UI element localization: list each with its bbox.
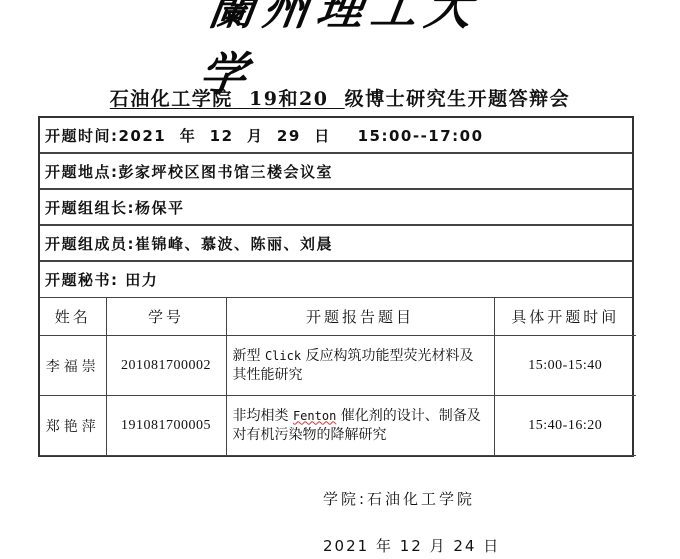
page-title: 石油化工学院 19和20 级博士研究生开题答辩会 bbox=[60, 84, 620, 111]
location-label: 开题地点: bbox=[45, 161, 119, 182]
topic-text: 非均相类 bbox=[233, 408, 293, 424]
footer-college: 学院:石油化工学院 bbox=[323, 488, 475, 509]
info-row-leader: 开题组组长:杨保平 bbox=[40, 190, 632, 226]
university-logo: 蘭州理工大学 bbox=[201, 8, 479, 68]
report-topic: 新型 Click 反应构筑功能型荧光材料及其性能研究 bbox=[226, 336, 494, 396]
col-header-topic: 开题报告题目 bbox=[226, 298, 494, 336]
student-name: 李福崇 bbox=[40, 336, 106, 396]
col-header-time-slot: 具体开题时间 bbox=[494, 298, 636, 336]
title-grade-blank: 19和20 bbox=[233, 84, 345, 111]
time-value: 2021 年 12 月 29 日 15:00--17:00 bbox=[119, 125, 484, 146]
title-suffix: 级博士研究生开题答辩会 bbox=[345, 88, 571, 110]
topic-text: 新型 bbox=[233, 348, 265, 364]
info-row-time: 开题时间:2021 年 12 月 29 日 15:00--17:00 bbox=[40, 118, 632, 154]
table-row: 郑艳萍 191081700005 非均相类 Fenton 催化剂的设计、制备及对… bbox=[40, 396, 636, 456]
col-header-name: 姓名 bbox=[40, 298, 106, 336]
footer-date: 2021 年 12 月 24 日 bbox=[323, 535, 500, 556]
members-label: 开题组成员: bbox=[45, 233, 135, 254]
topic-term-spellcheck: Fenton bbox=[293, 409, 336, 423]
topic-term: Click bbox=[265, 349, 301, 363]
time-slot: 15:00-15:40 bbox=[494, 336, 636, 396]
members-value: 崔锦峰、慕波、陈丽、刘晨 bbox=[135, 233, 333, 254]
info-row-members: 开题组成员:崔锦峰、慕波、陈丽、刘晨 bbox=[40, 226, 632, 262]
student-roster: 姓名 学号 开题报告题目 具体开题时间 李福崇 201081700002 新型 … bbox=[40, 298, 636, 456]
table-row: 李福崇 201081700002 新型 Click 反应构筑功能型荧光材料及其性… bbox=[40, 336, 636, 396]
info-row-secretary: 开题秘书: 田力 bbox=[40, 262, 632, 298]
info-row-location: 开题地点:彭家坪校区图书馆三楼会议室 bbox=[40, 154, 632, 190]
col-header-student-id: 学号 bbox=[106, 298, 226, 336]
defense-schedule-table: 开题时间:2021 年 12 月 29 日 15:00--17:00 开题地点:… bbox=[38, 116, 634, 457]
location-value: 彭家坪校区图书馆三楼会议室 bbox=[119, 161, 334, 182]
title-college: 石油化工学院 bbox=[110, 88, 233, 110]
time-slot: 15:40-16:20 bbox=[494, 396, 636, 456]
leader-value: 杨保平 bbox=[135, 197, 185, 218]
student-id: 201081700002 bbox=[106, 336, 226, 396]
report-topic: 非均相类 Fenton 催化剂的设计、制备及对有机污染物的降解研究 bbox=[226, 396, 494, 456]
title-grade: 19和20 bbox=[249, 88, 328, 110]
time-label: 开题时间: bbox=[45, 125, 119, 146]
secretary-value: 田力 bbox=[119, 269, 159, 290]
roster-header-row: 姓名 学号 开题报告题目 具体开题时间 bbox=[40, 298, 636, 336]
leader-label: 开题组组长: bbox=[45, 197, 135, 218]
secretary-label: 开题秘书: bbox=[45, 269, 119, 290]
student-id: 191081700005 bbox=[106, 396, 226, 456]
student-name: 郑艳萍 bbox=[40, 396, 106, 456]
